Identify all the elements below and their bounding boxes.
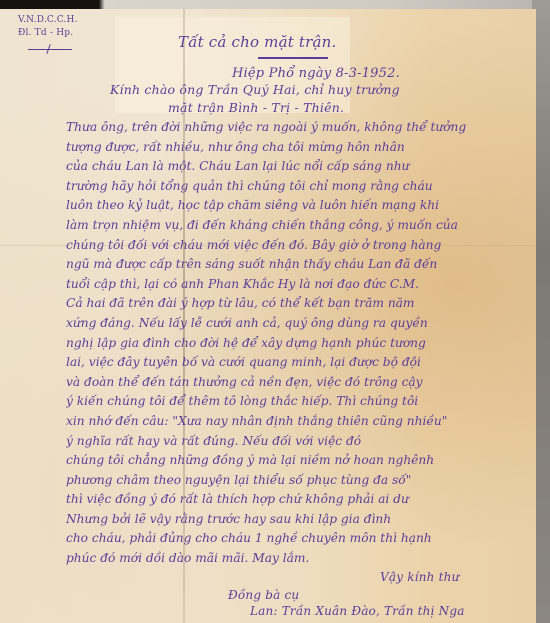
body-line: ngũ mà được cấp trên sáng suốt nhận thấy… [66, 255, 534, 275]
body-line: xin nhớ đến câu: "Xưa nay nhân định thắn… [66, 412, 534, 432]
salutation-line-2: mặt trận Bình - Trị - Thiên. [168, 100, 344, 115]
body-line: và đoàn thể đến tán thưởng cả nền đẹn, v… [66, 373, 534, 393]
body-line: phúc đó mới dồi dào mãi mãi. May lắm. [66, 549, 534, 569]
letter-title: Tất cả cho mặt trận. [178, 33, 337, 51]
header-line-2: Đl. Td - Hp. [18, 27, 78, 40]
body-line: chúng tôi đối với cháu mới việc đến đó. … [66, 236, 534, 256]
header-line-1: V.N.D.C.C.H. [18, 14, 78, 27]
body-line: của cháu Lan là một. Cháu Lan lại lúc nổ… [66, 157, 534, 177]
letter-date-line: Hiệp Phổ ngày 8-3-1952. [232, 66, 400, 81]
body-line: luôn theo kỷ luật, học tập chăm siêng và… [66, 196, 534, 216]
body-line: Cả hai đã trên đài ý hợp từ lâu, có thể … [66, 294, 534, 314]
body-line: tượng được, rất nhiều, như ông cha tôi m… [66, 138, 534, 158]
header-divider [28, 49, 72, 50]
body-line: nghị lập gia đình cho đời hệ để xây dựng… [66, 334, 534, 354]
letter-header-left: V.N.D.C.C.H. Đl. Td - Hp. [18, 14, 78, 50]
title-underline [258, 57, 328, 59]
body-line: cho cháu, phải đủng cho cháu 1 nghề chuy… [66, 529, 534, 549]
body-line: Nhưng bởi lẽ vậy rằng trước hay sau khi … [66, 510, 534, 530]
paper-overlap-shading [115, 17, 350, 113]
body-line: ý kiến chúng tôi để thêm tô lòng thắc hi… [66, 392, 534, 412]
body-line: Thưa ông, trên đời những việc ra ngoài ý… [66, 118, 534, 138]
letter-body: Thưa ông, trên đời những việc ra ngoài ý… [66, 118, 534, 569]
body-line: phương châm theo nguyện lại thiểu số phụ… [66, 471, 534, 491]
salutation-line-1: Kính chào ông Trần Quý Hai, chỉ huy trưở… [110, 82, 400, 97]
closing-phrase: Vậy kính thư [380, 570, 459, 584]
body-line: lai, việc đây tuyên bố và cưới quang min… [66, 353, 534, 373]
closing-addressee: Đồng bà cụ [228, 588, 299, 602]
body-line: thì việc đồng ý đó rất là thích hợp chứ … [66, 490, 534, 510]
body-line: trường hãy hỏi tổng quản thì chúng tôi c… [66, 177, 534, 197]
body-line: tuổi cập thì, lại có anh Phan Khắc Hy là… [66, 275, 534, 295]
body-line: xứng đáng. Nếu lấy lễ cưới anh cả, quý ô… [66, 314, 534, 334]
body-line: chúng tôi chẳng những đồng ý mà lại niềm… [66, 451, 534, 471]
body-line: làm trọn nhiệm vụ, đi đến kháng chiến th… [66, 216, 534, 236]
body-line: ý nghĩa rất hay và rất đúng. Nếu đối với… [66, 432, 534, 452]
signature-line: Lan: Trần Xuân Đào, Trần thị Nga [250, 604, 465, 618]
